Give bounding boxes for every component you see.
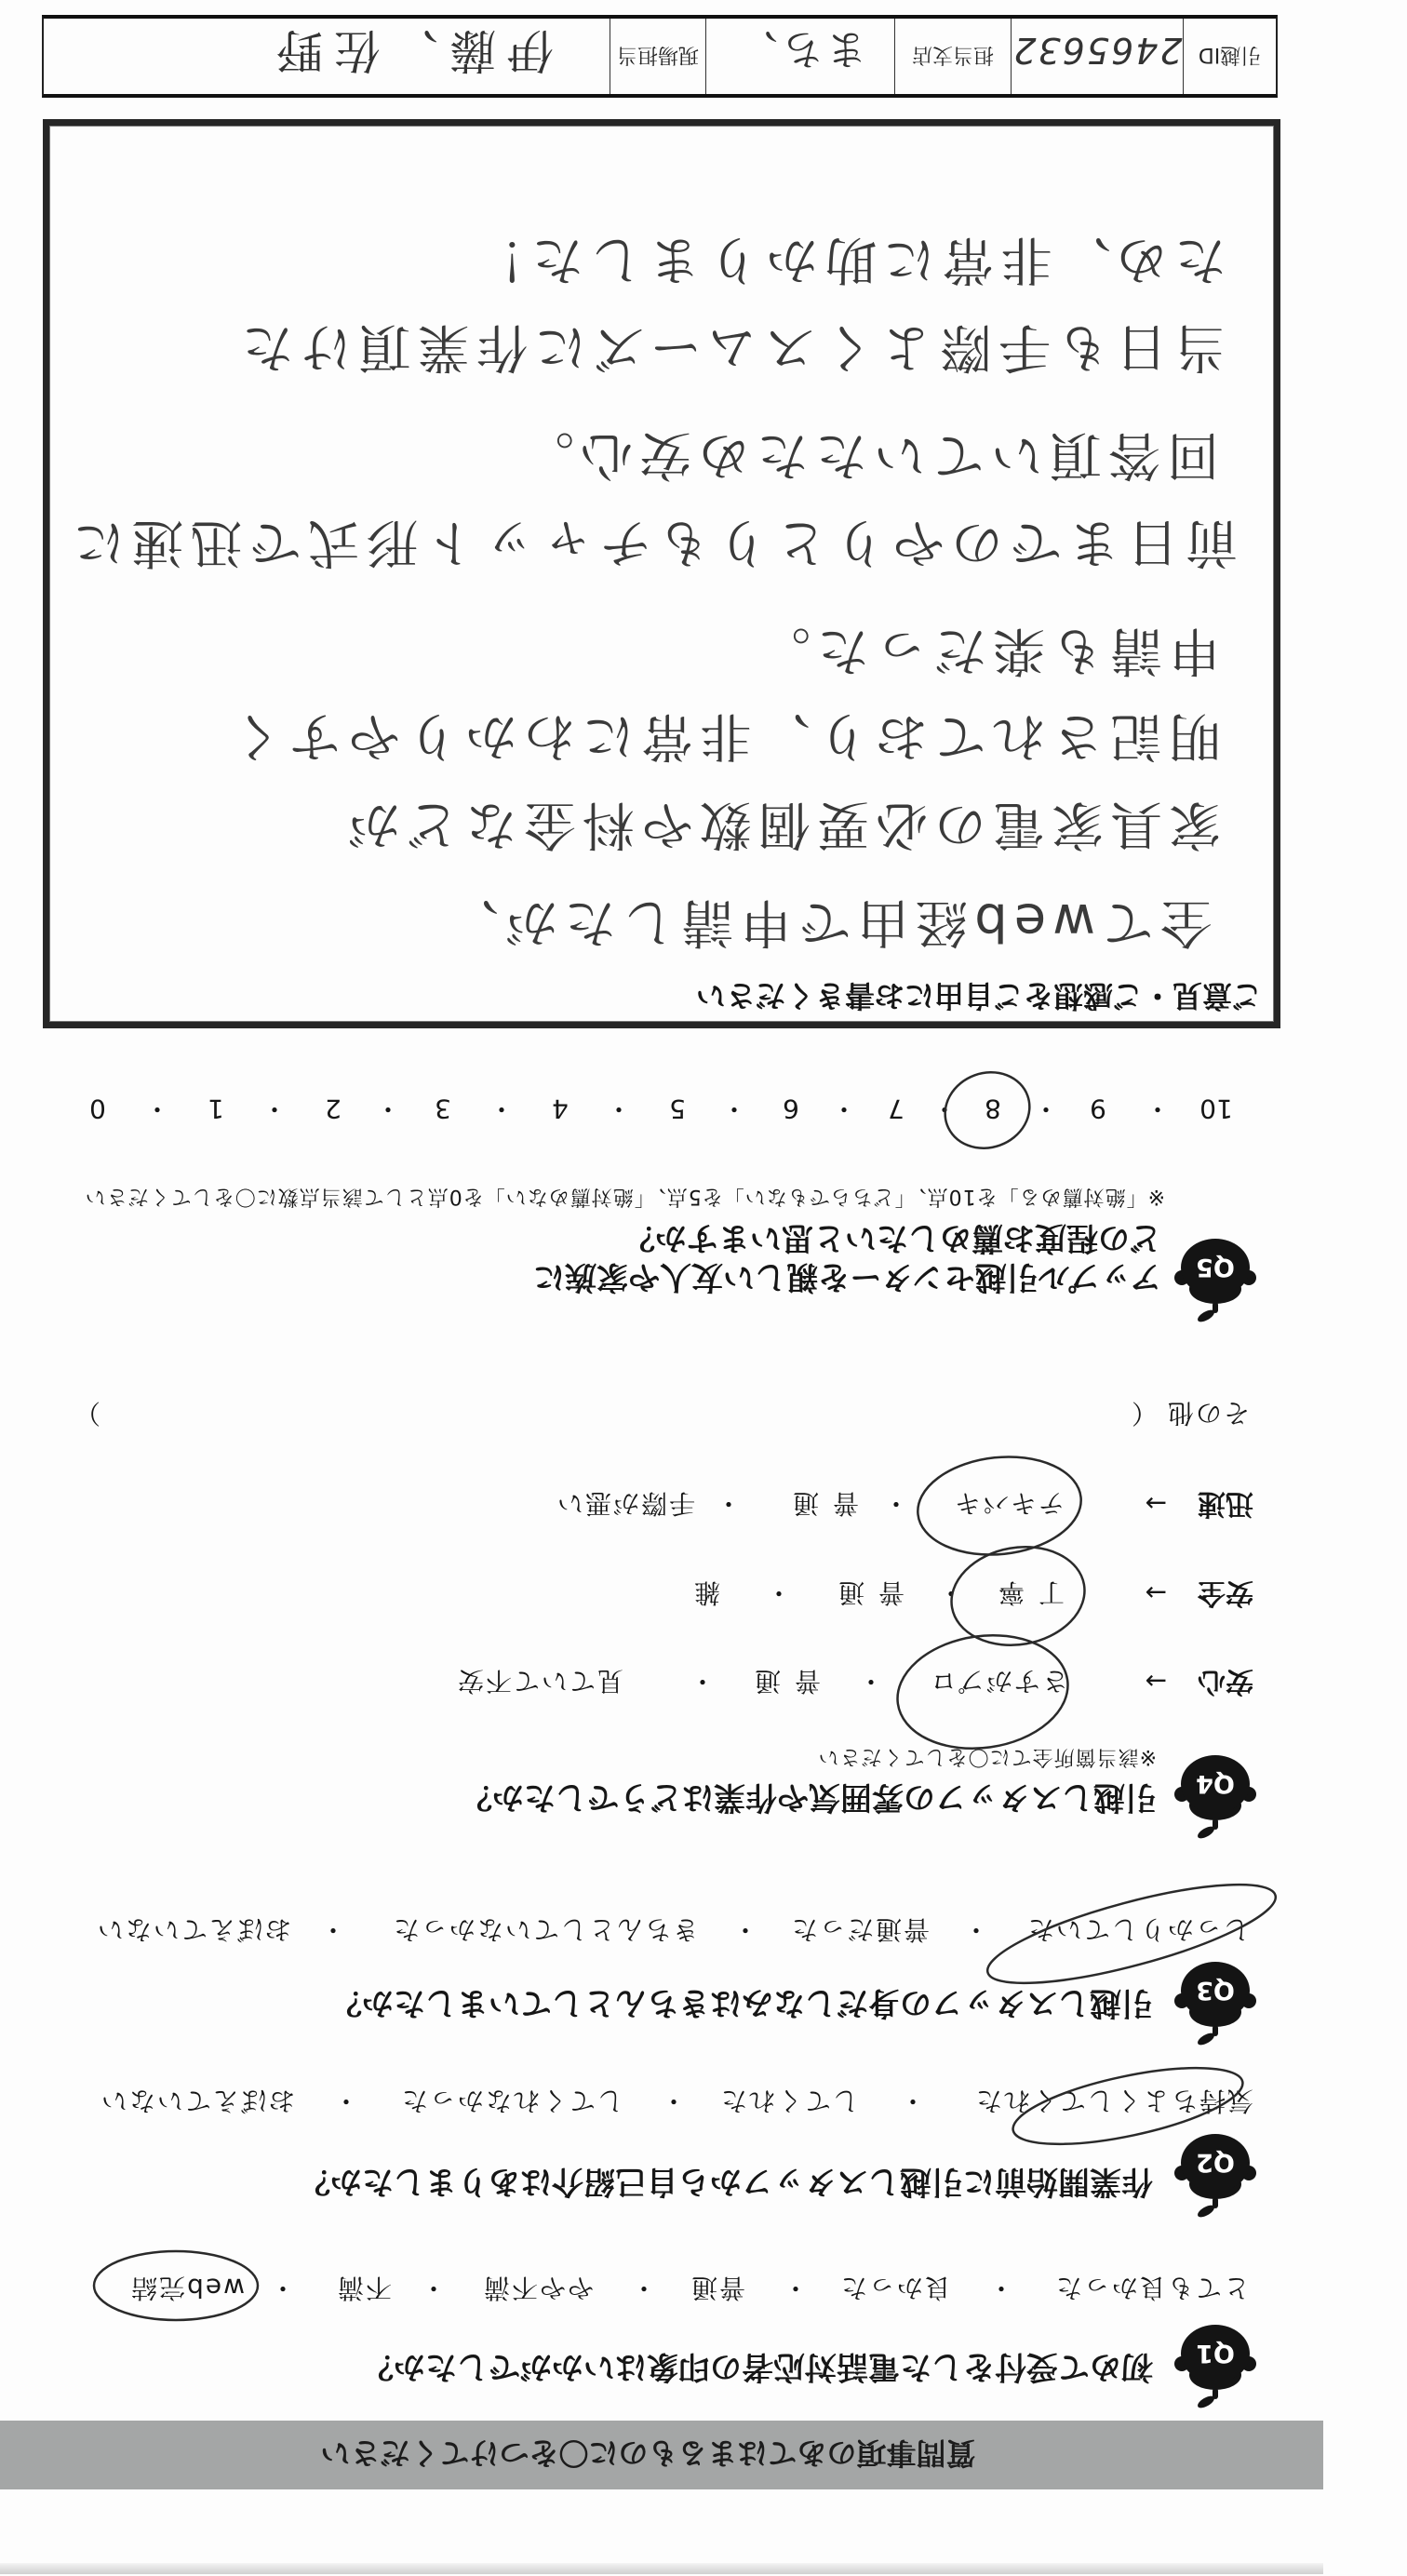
separator: ・ <box>144 1095 170 1121</box>
scale-value: 0 <box>79 1095 116 1121</box>
separator: ・ <box>1033 1095 1059 1121</box>
q4-other-label: その他 <box>1166 1400 1250 1426</box>
separator: ・ <box>489 1095 515 1121</box>
separator: ・ <box>900 2087 926 2113</box>
q2-apple-badge-icon: Q2 <box>1169 2131 1262 2220</box>
q4-option-selected: テキパキ <box>953 1490 1065 1516</box>
scale-value: 5 <box>659 1095 696 1121</box>
staff-label: 現場担当 <box>617 42 699 71</box>
q2-option-selected: 気持ちよくしてくれた <box>974 2087 1253 2113</box>
separator: ・ <box>661 2087 687 2113</box>
handwritten-comment-line: 明記されており、非常にわかりやすく <box>224 709 1221 761</box>
q4-option: 普通 <box>741 1668 821 1694</box>
separator: ・ <box>690 1668 716 1694</box>
q2-badge-label: Q2 <box>1196 2148 1235 2177</box>
q2-option: おぼえていない <box>100 2087 295 2113</box>
q1-apple-badge-icon: Q1 <box>1169 2322 1262 2410</box>
q1-option: 不満 <box>336 2274 392 2301</box>
arrow-right-icon: → <box>1144 1490 1167 1516</box>
handwritten-comment-line: ため、非常に助かりました！ <box>466 233 1226 285</box>
branch-label: 担当支店 <box>912 42 994 71</box>
handwritten-comment-line: 回答頂いていたため安心。 <box>516 428 1219 480</box>
scale-value: 2 <box>315 1095 352 1121</box>
q2-option: してくれなかった <box>400 2087 623 2113</box>
move-id-value: 2465632 <box>1012 31 1182 83</box>
arrow-right-icon: → <box>1144 1579 1167 1605</box>
separator: ・ <box>732 1916 758 1942</box>
separator: ・ <box>988 2274 1014 2301</box>
section-header-band: 質問事項のあてはまるものに〇をつけてください <box>0 2421 1323 2489</box>
q4-row-label-jinsoku: 迅速 <box>1198 1489 1253 1517</box>
q1-option: 良かった <box>839 2274 951 2301</box>
branch-value: まち、 <box>733 24 867 89</box>
q4-row-label-anzen: 安全 <box>1198 1578 1253 1606</box>
staff-label-cell: 現場担当 <box>610 19 705 94</box>
handwritten-comment-line: 申請も楽だった。 <box>752 624 1221 676</box>
handwritten-comment-line: 全てweb経由で申請したが、 <box>440 895 1213 947</box>
handwritten-comment-line: 前日までのやりとりもチャット形式で迅速に <box>67 516 1238 568</box>
q5-title-line-1: アップル引越センターを親しい友人や家族に <box>533 1261 1161 1293</box>
q3-title: 引越しスタッフの身だしなみはきちんとしていましたか？ <box>330 1987 1153 2019</box>
q4-apple-badge-icon: Q4 <box>1169 1752 1262 1841</box>
move-id-label-cell: 引越ID <box>1183 19 1276 94</box>
move-info-table: 引越ID 2465632 担当支店 まち、 現場担当 伊藤、佐野 <box>42 15 1278 98</box>
separator: ・ <box>858 1668 884 1694</box>
separator: ・ <box>606 1095 632 1121</box>
branch-value-cell: まち、 <box>705 19 894 94</box>
scale-value: 4 <box>542 1095 579 1121</box>
comment-box-label: ご意見・ご感想をご自由にお書きください <box>696 981 1262 1011</box>
q5-title-line-2: どの程度お薦めしたいと思いますか？ <box>623 1222 1161 1254</box>
separator: ・ <box>883 1490 909 1516</box>
scale-value: 9 <box>1079 1095 1117 1121</box>
separator: ・ <box>631 2274 657 2301</box>
separator: ・ <box>766 1579 792 1605</box>
q3-option-selected: しっかりしていた <box>1026 1916 1250 1942</box>
separator: ・ <box>721 1095 747 1121</box>
move-id-value-cell: 2465632 <box>1011 19 1183 94</box>
q3-apple-badge-icon: Q3 <box>1169 1959 1262 2047</box>
handwritten-comment-line: 当日も手際よくスムーズに作業頂けた <box>235 320 1226 372</box>
separator: ・ <box>261 1095 288 1121</box>
separator: ・ <box>421 2274 447 2301</box>
scan-edge-shadow <box>0 2563 1323 2574</box>
scale-value: 3 <box>424 1095 462 1121</box>
scale-value: 7 <box>878 1095 915 1121</box>
arrow-right-icon: → <box>1144 1668 1167 1694</box>
separator: ・ <box>783 2274 809 2301</box>
scale-value: 6 <box>772 1095 810 1121</box>
q4-option: 手際が悪い <box>556 1490 695 1516</box>
q4-option: 雑 <box>692 1579 720 1605</box>
q1-option: 普通 <box>690 2274 745 2301</box>
q4-option: 普通 <box>779 1490 859 1516</box>
q2-option: してくれた <box>719 2087 859 2113</box>
q3-option: おぼえていない <box>96 1916 291 1942</box>
q4-other-open-paren: （ <box>1130 1400 1158 1426</box>
q4-note: ※該当箇所全てに〇をしてください <box>818 1746 1157 1766</box>
q3-badge-label: Q3 <box>1196 1976 1235 2005</box>
separator: ・ <box>375 1095 401 1121</box>
scale-value: 1 <box>197 1095 234 1121</box>
q5-note: ※「絶対薦める」を10点、「どちらでもない」を5点、「絶対薦めない」を0点として… <box>85 1186 1165 1206</box>
separator: ・ <box>963 1916 989 1942</box>
move-id-label: 引越ID <box>1199 42 1261 71</box>
separator: ・ <box>320 1916 346 1942</box>
q1-option: とても良かった <box>1054 2274 1250 2301</box>
survey-form-page: 質問事項のあてはまるものに〇をつけてください Q1 初めて受付をした電話対応者の… <box>0 0 1407 2576</box>
q1-title: 初めて受付をした電話対応者の印象はいかがでしたか？ <box>362 2351 1153 2382</box>
separator: ・ <box>938 1579 964 1605</box>
separator: ・ <box>716 1490 742 1516</box>
q4-row-label-anshin: 安心 <box>1198 1667 1253 1695</box>
separator: ・ <box>931 1095 958 1121</box>
branch-label-cell: 担当支店 <box>894 19 1011 94</box>
q1-option-selected: web完結 <box>129 2274 245 2301</box>
scale-value: 10 <box>1198 1095 1235 1121</box>
staff-value: 伊藤、佐野 <box>265 21 554 92</box>
q4-option: 見ていて不安 <box>456 1668 623 1694</box>
q1-badge-label: Q1 <box>1196 2339 1235 2368</box>
q5-apple-badge-icon: Q5 <box>1169 1236 1262 1324</box>
q4-other-close-paren: ） <box>73 1400 100 1426</box>
handwritten-comment-line: 家具家電の必要個数や料金などが <box>342 798 1221 850</box>
separator: ・ <box>831 1095 857 1121</box>
q1-option: やや不満 <box>482 2274 594 2301</box>
q4-title: 引越しスタッフの雰囲気や作業はどうでしたか？ <box>461 1781 1157 1813</box>
q3-option: きちんとしていなかった <box>392 1916 699 1942</box>
scale-value-selected: 8 <box>974 1095 1012 1121</box>
q4-option: 普通 <box>824 1579 904 1605</box>
q2-title: 作業開始前に引越しスタッフから自己紹介はありましたか？ <box>299 2166 1153 2197</box>
separator: ・ <box>1145 1095 1171 1121</box>
q5-badge-label: Q5 <box>1196 1253 1235 1281</box>
q3-option: 普通だった <box>790 1916 930 1942</box>
staff-value-cell: 伊藤、佐野 <box>44 19 610 94</box>
separator: ・ <box>270 2274 296 2301</box>
separator: ・ <box>333 2087 359 2113</box>
q4-badge-label: Q4 <box>1196 1769 1235 1798</box>
q4-option-selected: 丁寧 <box>985 1579 1065 1605</box>
q4-option-selected: さすがプロ <box>929 1668 1068 1694</box>
section-header-text: 質問事項のあてはまるものに〇をつけてください <box>321 2434 976 2476</box>
